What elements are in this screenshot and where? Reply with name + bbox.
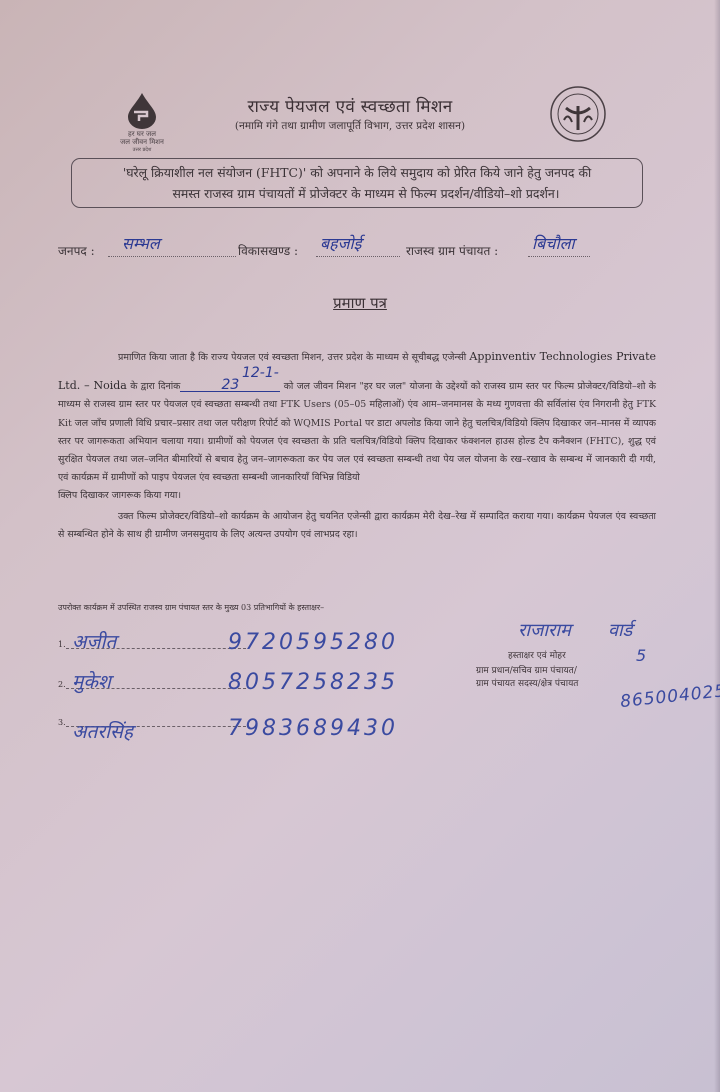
water-drop-icon	[125, 92, 159, 130]
para1-intro: प्रमाणित किया जाता है कि राज्य पेयजल एवं…	[118, 352, 466, 363]
participant-phone[interactable]: 8057258235	[228, 670, 398, 695]
vikaskhand-label: विकासखण्ड :	[238, 242, 298, 259]
janpad-line	[108, 256, 236, 257]
signatory-phone[interactable]: 8650040255	[619, 680, 720, 712]
janpad-label: जनपद :	[58, 242, 95, 259]
participant-row: 2. मुकेश 8057258235	[58, 672, 438, 698]
signatory-ward-number: 5	[636, 646, 646, 665]
date-handwritten[interactable]: 12-1-23	[180, 367, 280, 392]
gram-panchayat-line	[528, 256, 590, 257]
signatory-ward: वार्ड	[608, 618, 632, 642]
banner-line-2: समस्त राजस्व ग्राम पंचायतों में प्रोजेक्…	[72, 185, 642, 202]
certificate-body-para-1: प्रमाणित किया जाता है कि राज्य पेयजल एवं…	[58, 348, 656, 506]
vikaskhand-value[interactable]: बहजोई	[320, 232, 362, 254]
signatory-role-line-2: ग्राम पंचायत सदस्य/क्षेत्र पंचायत	[476, 676, 578, 689]
participants-intro: उपरोक्त कार्यक्रम में उपस्थित राजस्व ग्र…	[58, 602, 378, 614]
paper-edge	[714, 0, 720, 1092]
signature-stamp-label: हस्ताक्षर एवं मोहर	[508, 648, 566, 661]
signatory-role-line-1: ग्राम प्रधान/सचिव ग्राम पंचायत/	[476, 663, 577, 676]
para1-date-label: के द्वारा दिनांक	[130, 381, 180, 392]
department-subtitle: (नमामि गंगे तथा ग्रामीण जलापूर्ति विभाग,…	[195, 119, 505, 133]
vikaskhand-line	[316, 256, 400, 257]
para1-body: को जल जीवन मिशन "हर घर जल" योजना के उद्द…	[58, 381, 656, 483]
certificate-body-para-2: उक्त फिल्म प्रोजेक्टर/विडियो–शो कार्यक्र…	[58, 508, 656, 544]
mission-title: राज्य पेयजल एवं स्वच्छता मिशन	[200, 94, 500, 117]
up-government-seal-icon	[548, 84, 608, 144]
gram-panchayat-value[interactable]: बिचौला	[532, 232, 575, 254]
signatory-signature[interactable]: राजाराम	[518, 618, 571, 642]
participant-phone[interactable]: 7983689430	[228, 716, 398, 741]
location-fields: जनपद : सम्भल विकासखण्ड : बहजोई राजस्व ग्…	[58, 238, 658, 262]
participant-row: 3. अतरसिंह 7983689430	[58, 710, 438, 736]
participant-signature[interactable]: मुकेश	[72, 668, 111, 694]
participant-row: 1. अजीत 9720595280	[58, 632, 438, 658]
banner-line-1: 'घरेलू क्रियाशील नल संयोजन (FHTC)' को अप…	[72, 164, 642, 181]
har-ghar-jal-logo: हर घर जल जल जीवन मिशन उत्तर प्रदेश	[112, 92, 172, 154]
para1-ending: क्लिप दिखाकर जागरूक किया गया।	[58, 487, 656, 505]
participant-phone[interactable]: 9720595280	[228, 630, 398, 655]
certificate-title: प्रमाण पत्र	[300, 293, 420, 313]
participant-signature[interactable]: अतरसिंह	[72, 718, 133, 744]
participant-signature[interactable]: अजीत	[72, 628, 116, 654]
program-banner: 'घरेलू क्रियाशील नल संयोजन (FHTC)' को अप…	[71, 158, 643, 208]
para2-text: उक्त फिल्म प्रोजेक्टर/विडियो–शो कार्यक्र…	[58, 508, 656, 544]
gram-panchayat-label: राजस्व ग्राम पंचायत :	[406, 242, 498, 259]
janpad-value[interactable]: सम्भल	[122, 232, 160, 254]
